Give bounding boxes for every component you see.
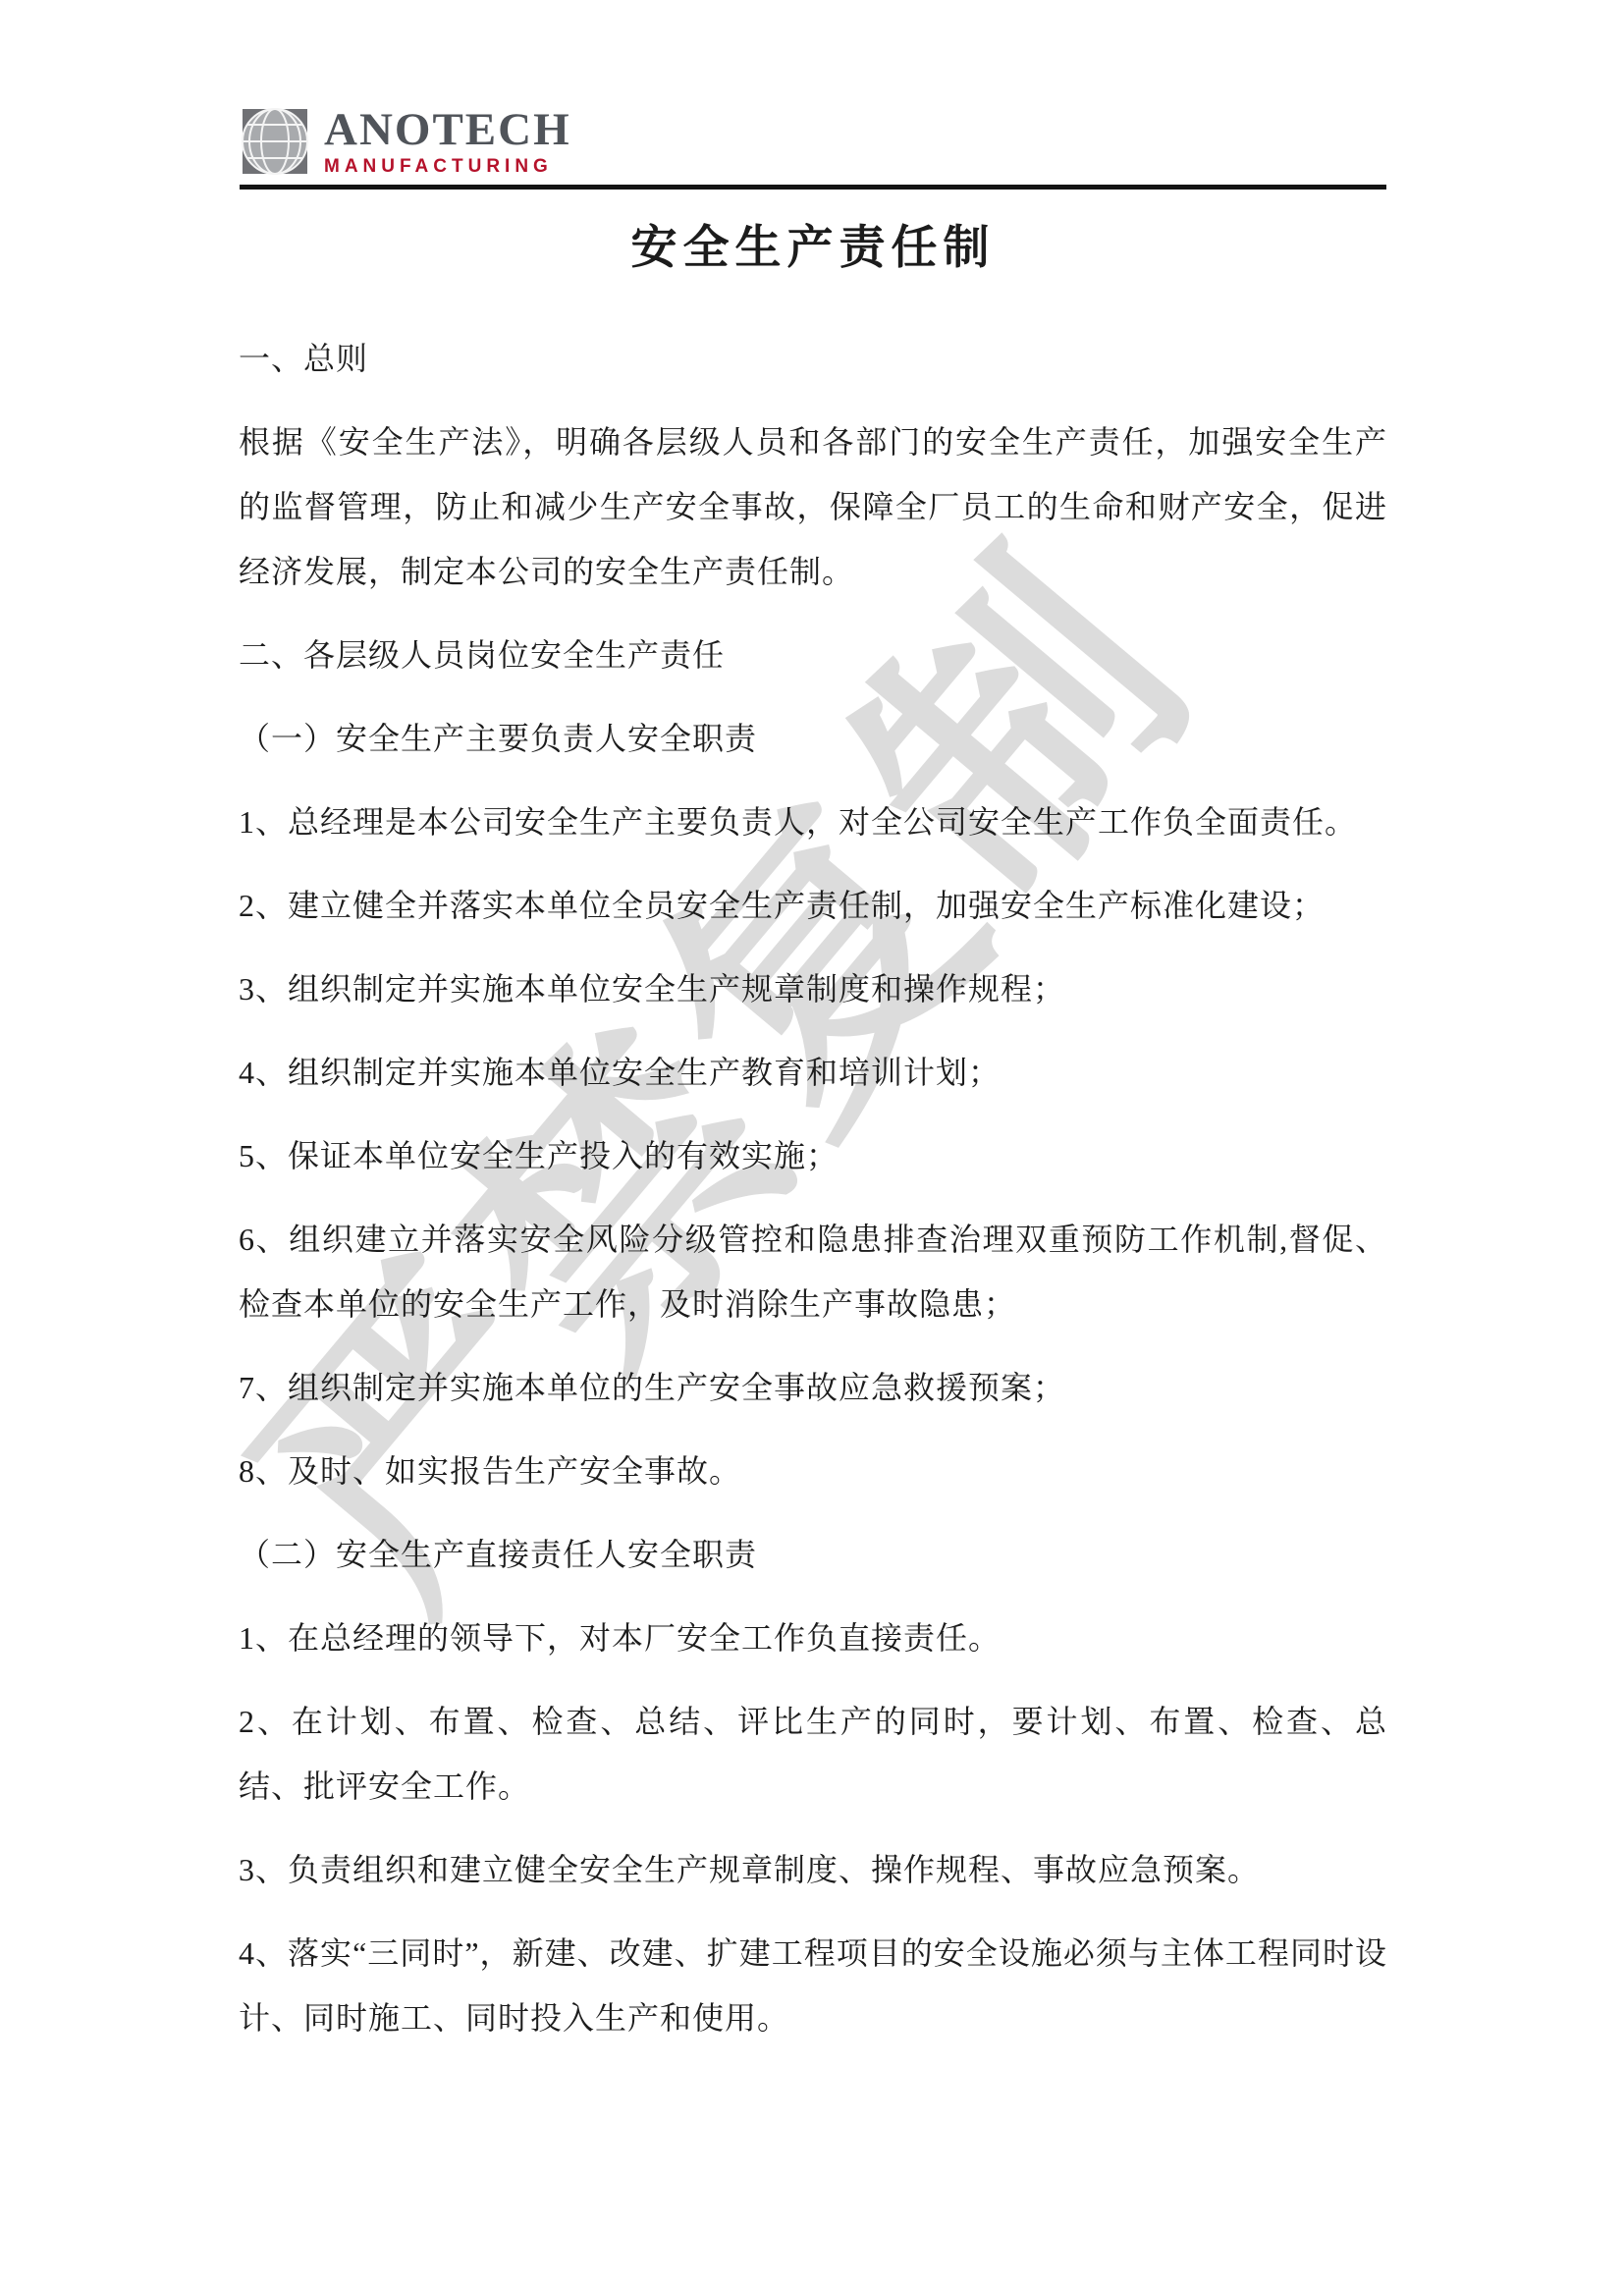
- brand-name: ANOTECH: [324, 106, 571, 153]
- document-paragraph: 1、在总经理的领导下，对本厂安全工作负直接责任。: [239, 1605, 1387, 1670]
- company-logo: ANOTECH MANUFACTURING: [240, 106, 571, 178]
- document-body: 安全生产责任制 一、总则根据《安全生产法》，明确各层级人员和各部门的安全生产责任…: [239, 200, 1387, 2069]
- document-paragraph: 4、组织制定并实施本单位安全生产教育和培训计划；: [239, 1040, 1387, 1105]
- document-paragraph: 1、总经理是本公司安全生产主要负责人，对全公司安全生产工作负全面责任。: [239, 789, 1387, 854]
- document-paragraph: 3、组织制定并实施本单位安全生产规章制度和操作规程；: [239, 956, 1387, 1021]
- globe-icon: [240, 106, 310, 177]
- document-paragraph: 4、落实“三同时”，新建、改建、扩建工程项目的安全设施必须与主体工程同时设计、同…: [239, 1921, 1387, 2050]
- document-paragraph: （一）安全生产主要负责人安全职责: [239, 706, 1387, 771]
- document-paragraph: 7、组织制定并实施本单位的生产安全事故应急救援预案；: [239, 1355, 1387, 1420]
- document-title: 安全生产责任制: [239, 214, 1387, 283]
- document-paragraph: 2、建立健全并落实本单位全员安全生产责任制，加强安全生产标准化建设；: [239, 873, 1387, 938]
- brand-text-block: ANOTECH MANUFACTURING: [324, 106, 571, 178]
- document-paragraph: 2、在计划、布置、检查、总结、评比生产的同时，要计划、布置、检查、总结、批评安全…: [239, 1689, 1387, 1819]
- document-paragraph: 一、总则: [239, 326, 1387, 391]
- document-page: 严禁复制 ANOTECH MANUFACTURING 安全生产责任: [0, 0, 1624, 2285]
- document-paragraph: 5、保证本单位安全生产投入的有效实施；: [239, 1123, 1387, 1188]
- document-paragraph: 8、及时、如实报告生产安全事故。: [239, 1439, 1387, 1503]
- document-paragraph: 3、负责组织和建立健全安全生产规章制度、操作规程、事故应急预案。: [239, 1837, 1387, 1902]
- paragraph-list: 一、总则根据《安全生产法》，明确各层级人员和各部门的安全生产责任，加强安全生产的…: [239, 326, 1387, 2050]
- document-paragraph: 二、各层级人员岗位安全生产责任: [239, 623, 1387, 687]
- document-paragraph: 6、组织建立并落实安全风险分级管控和隐患排查治理双重预防工作机制,督促、检查本单…: [239, 1207, 1387, 1336]
- header-divider: [240, 185, 1386, 190]
- document-paragraph: （二）安全生产直接责任人安全职责: [239, 1522, 1387, 1587]
- brand-tagline: MANUFACTURING: [324, 156, 571, 178]
- document-paragraph: 根据《安全生产法》，明确各层级人员和各部门的安全生产责任，加强安全生产的监督管理…: [239, 409, 1387, 604]
